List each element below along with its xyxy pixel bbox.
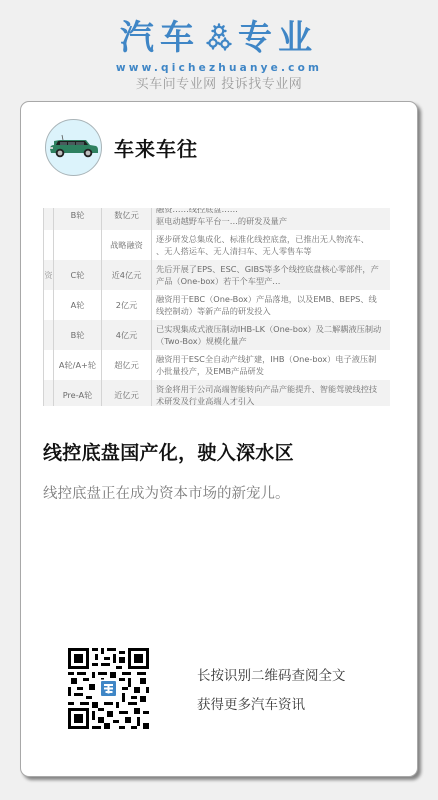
table-cell-left: [44, 290, 54, 320]
logo-text-left: 汽车: [120, 18, 200, 58]
author-block[interactable]: 车来车往: [45, 119, 198, 176]
table-cell-left: [44, 380, 54, 406]
table-row: Pre-A轮 近亿元 资金将用于公司高端智能转向产品产能提升、智能驾驶线控技 术…: [44, 380, 391, 406]
qr-code[interactable]: [68, 648, 149, 729]
table-cell-left: [44, 230, 54, 260]
site-url: www.qichezhuanye.com: [0, 62, 438, 75]
table-cell-amount: 2亿元: [102, 290, 152, 320]
article-summary: 线控底盘正在成为资本市场的新宠儿。: [43, 484, 290, 504]
site-slogan: 买车问专业网 投诉找专业网: [0, 77, 438, 93]
logo-text-right: 专业: [238, 18, 318, 58]
table-row: A轮 2亿元 融资用于EBC（One-Box）产品落地，以及EMB、BEPS、线…: [44, 290, 391, 320]
site-logo[interactable]: 汽车: [0, 18, 438, 93]
table-cell-desc: 先后开展了EPS、ESC、GIBS等多个线控底盘核心零部件，产 产品（One-b…: [152, 260, 391, 290]
table-cell-desc: 资金将用于公司高端智能转向产品产能提升、智能驾驶线控技 术研发及行业高端人才引入: [152, 380, 391, 406]
table-cell-amount: 4亿元: [102, 320, 152, 350]
table-cell-round: Pre-A轮: [54, 380, 102, 406]
qr-instructions: 长按识别二维码查阅全文 获得更多汽车资讯: [197, 662, 346, 720]
gears-icon: [206, 23, 232, 53]
table-cell-amount: 近4亿元: [102, 260, 152, 290]
table-cell-amount: 战略融资: [102, 230, 152, 260]
table-cell-round: B轮: [54, 320, 102, 350]
article-card: 车来车往 B轮 数亿元 融资……线控底盘…… 驱电动越野车平台一…的研发及量产: [20, 101, 418, 777]
table-cell-left: [44, 350, 54, 380]
table-cell-round: A轮/A+轮: [54, 350, 102, 380]
qr-instruction-line-2: 获得更多汽车资讯: [197, 691, 346, 720]
share-poster: 汽车: [0, 0, 438, 800]
author-name[interactable]: 车来车往: [114, 133, 198, 162]
logo-wordmark: 汽车: [0, 18, 438, 58]
table-cell-round: [54, 230, 102, 260]
funding-table: B轮 数亿元 融资……线控底盘…… 驱电动越野车平台一…的研发及量产 战略融资 …: [43, 208, 390, 406]
table-cell-amount: 近亿元: [102, 380, 152, 406]
green-car-icon: [48, 133, 100, 163]
table-cell-round: A轮: [54, 290, 102, 320]
author-avatar[interactable]: [45, 119, 102, 176]
table-cell-round: B轮: [54, 208, 102, 230]
table-cell-amount: 超亿元: [102, 350, 152, 380]
table-cell-left: 资: [44, 260, 54, 290]
table-cell-round: C轮: [54, 260, 102, 290]
table-cell-desc: 已实现集成式液压制动IHB-LK（One-box）及二解耦液压制动 （Two-B…: [152, 320, 391, 350]
table-cell-left: [44, 208, 54, 230]
table-cell-desc: 融资……线控底盘…… 驱电动越野车平台一…的研发及量产: [152, 208, 391, 230]
table-row: 战略融资 逐步研发总集成化、标准化线控底盘，已推出无人物流车、 、无人搭运车、无…: [44, 230, 391, 260]
table-row: B轮 数亿元 融资……线控底盘…… 驱电动越野车平台一…的研发及量产: [44, 208, 391, 230]
article-title[interactable]: 线控底盘国产化，驶入深水区: [43, 440, 294, 466]
table-row: 资 C轮 近4亿元 先后开展了EPS、ESC、GIBS等多个线控底盘核心零部件，…: [44, 260, 391, 290]
table-row: A轮/A+轮 超亿元 融资用于ESC全自动产线扩建，IHB（One-box）电子…: [44, 350, 391, 380]
table-cell-desc: 融资用于ESC全自动产线扩建，IHB（One-box）电子液压制 小批量投产，及…: [152, 350, 391, 380]
table-row: B轮 4亿元 已实现集成式液压制动IHB-LK（One-box）及二解耦液压制动…: [44, 320, 391, 350]
article-cover-image[interactable]: B轮 数亿元 融资……线控底盘…… 驱电动越野车平台一…的研发及量产 战略融资 …: [43, 208, 390, 406]
table-cell-amount: 数亿元: [102, 208, 152, 230]
table-cell-desc: 融资用于EBC（One-Box）产品落地，以及EMB、BEPS、线 线控制动）等…: [152, 290, 391, 320]
qr-instruction-line-1: 长按识别二维码查阅全文: [197, 662, 346, 691]
table-cell-desc: 逐步研发总集成化、标准化线控底盘，已推出无人物流车、 、无人搭运车、无人清扫车、…: [152, 230, 391, 260]
table-cell-left: [44, 320, 54, 350]
